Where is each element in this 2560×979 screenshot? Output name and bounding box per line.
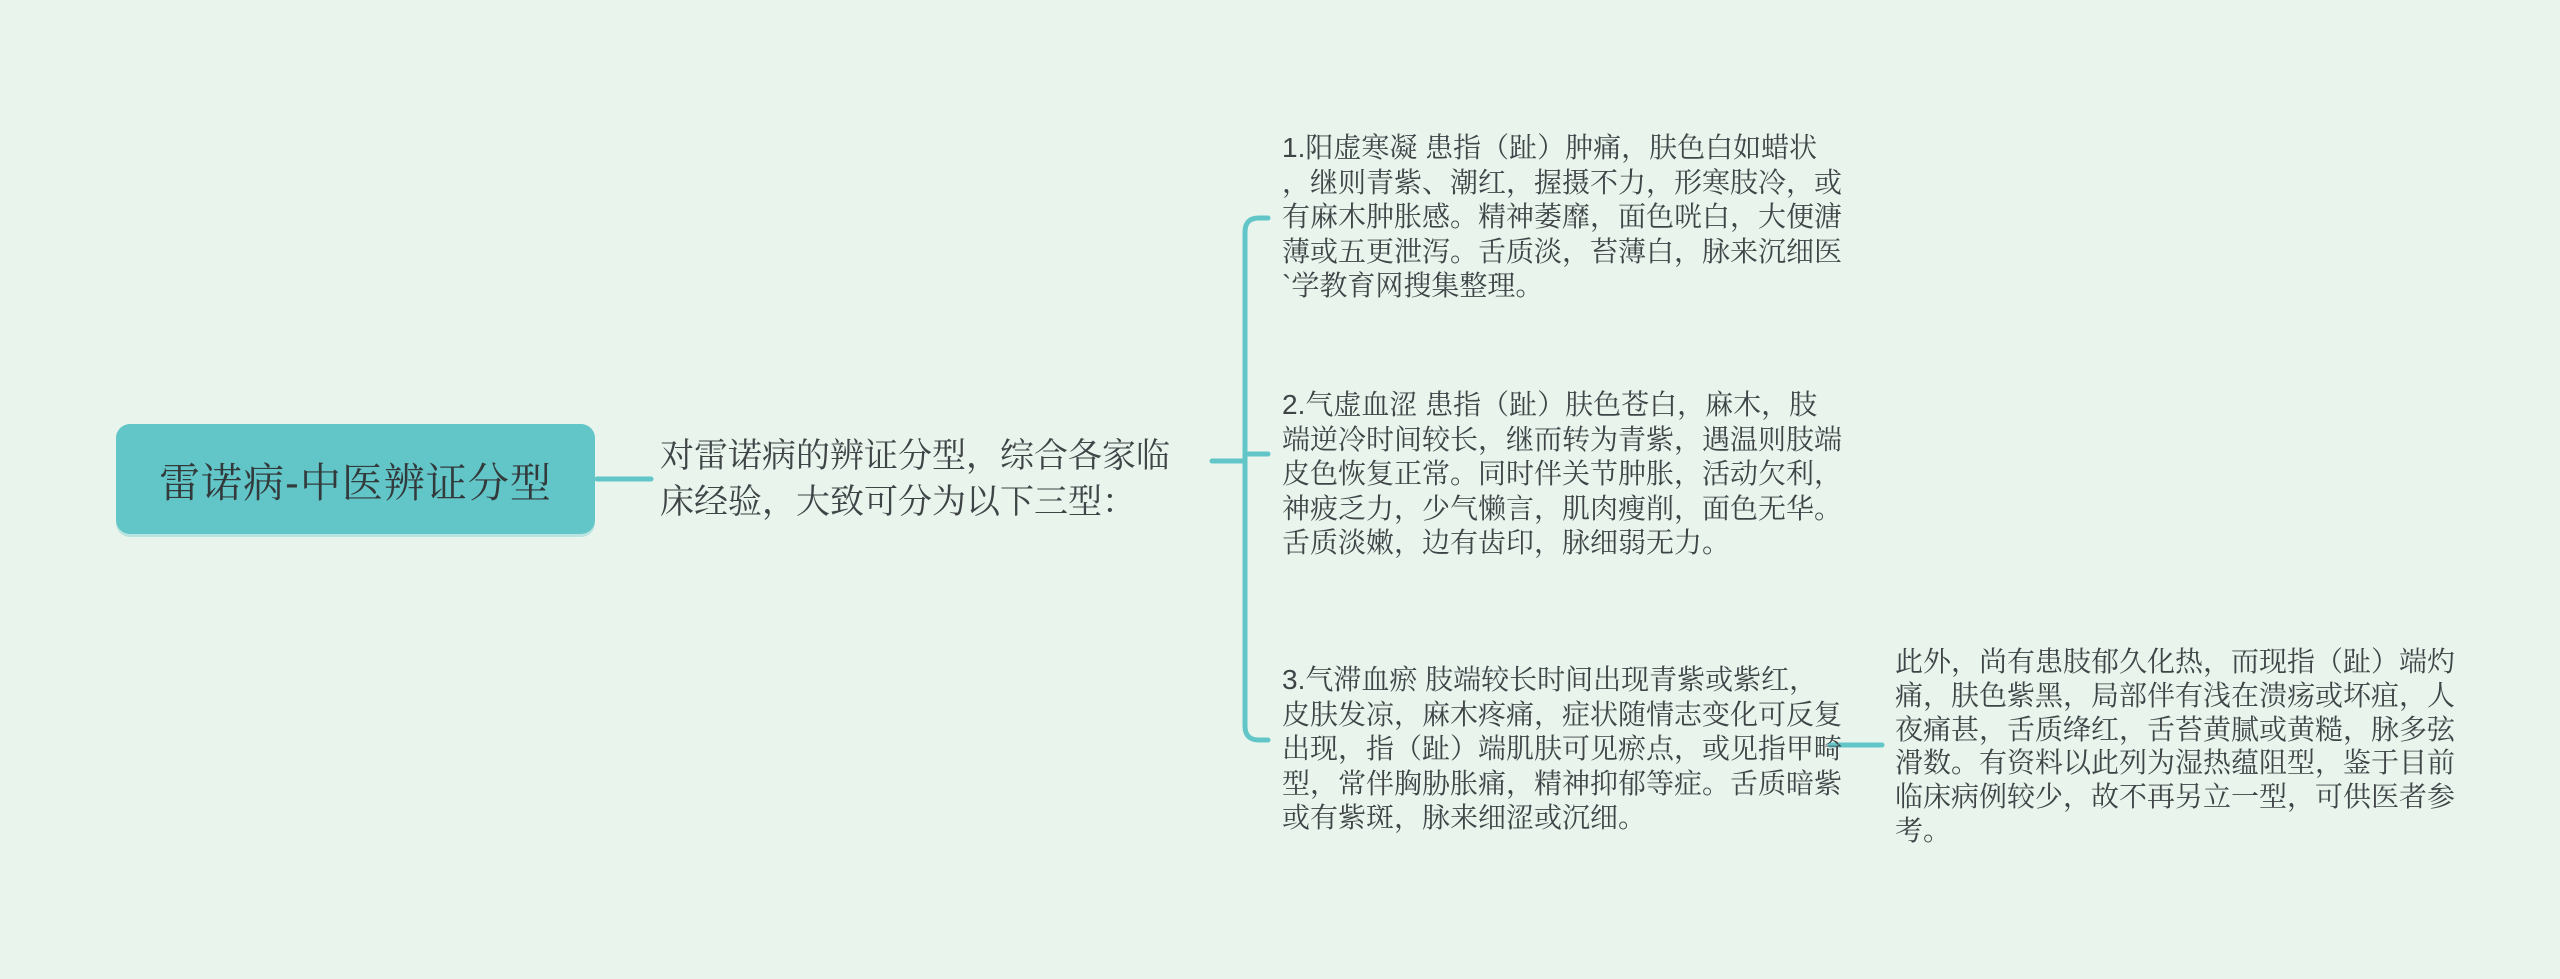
branch-node-2[interactable]: 2.气虚血涩 患指（趾）肤色苍白，麻木，肢 端逆冷时间较长，继而转为青紫，遇温则… (1282, 388, 1882, 561)
root-node-label: 雷诺病-中医辨证分型 (159, 450, 552, 509)
root-node[interactable]: 雷诺病-中医辨证分型 (116, 424, 595, 534)
branch-node-3[interactable]: 3.气滞血瘀 肢端较长时间出现青紫或紫红， 皮肤发凉，麻木疼痛，症状随情志变化可… (1282, 663, 1882, 836)
mindmap-canvas: 雷诺病-中医辨证分型 对雷诺病的辨证分型，综合各家临 床经验，大致可分为以下三型… (0, 0, 2560, 979)
overview-node[interactable]: 对雷诺病的辨证分型，综合各家临 床经验，大致可分为以下三型： (660, 433, 1220, 525)
connector-overview-branches-bracket (1245, 218, 1268, 740)
note-node[interactable]: 此外，尚有患肢郁久化热，而现指（趾）端灼 痛，肤色紫黑，局部伴有浅在溃疡或坏疽，… (1895, 645, 2495, 848)
branch-node-1[interactable]: 1.阳虚寒凝 患指（趾）肿痛，肤色白如蜡状 ，继则青紫、潮红，握摄不力，形寒肢冷… (1282, 131, 1882, 304)
